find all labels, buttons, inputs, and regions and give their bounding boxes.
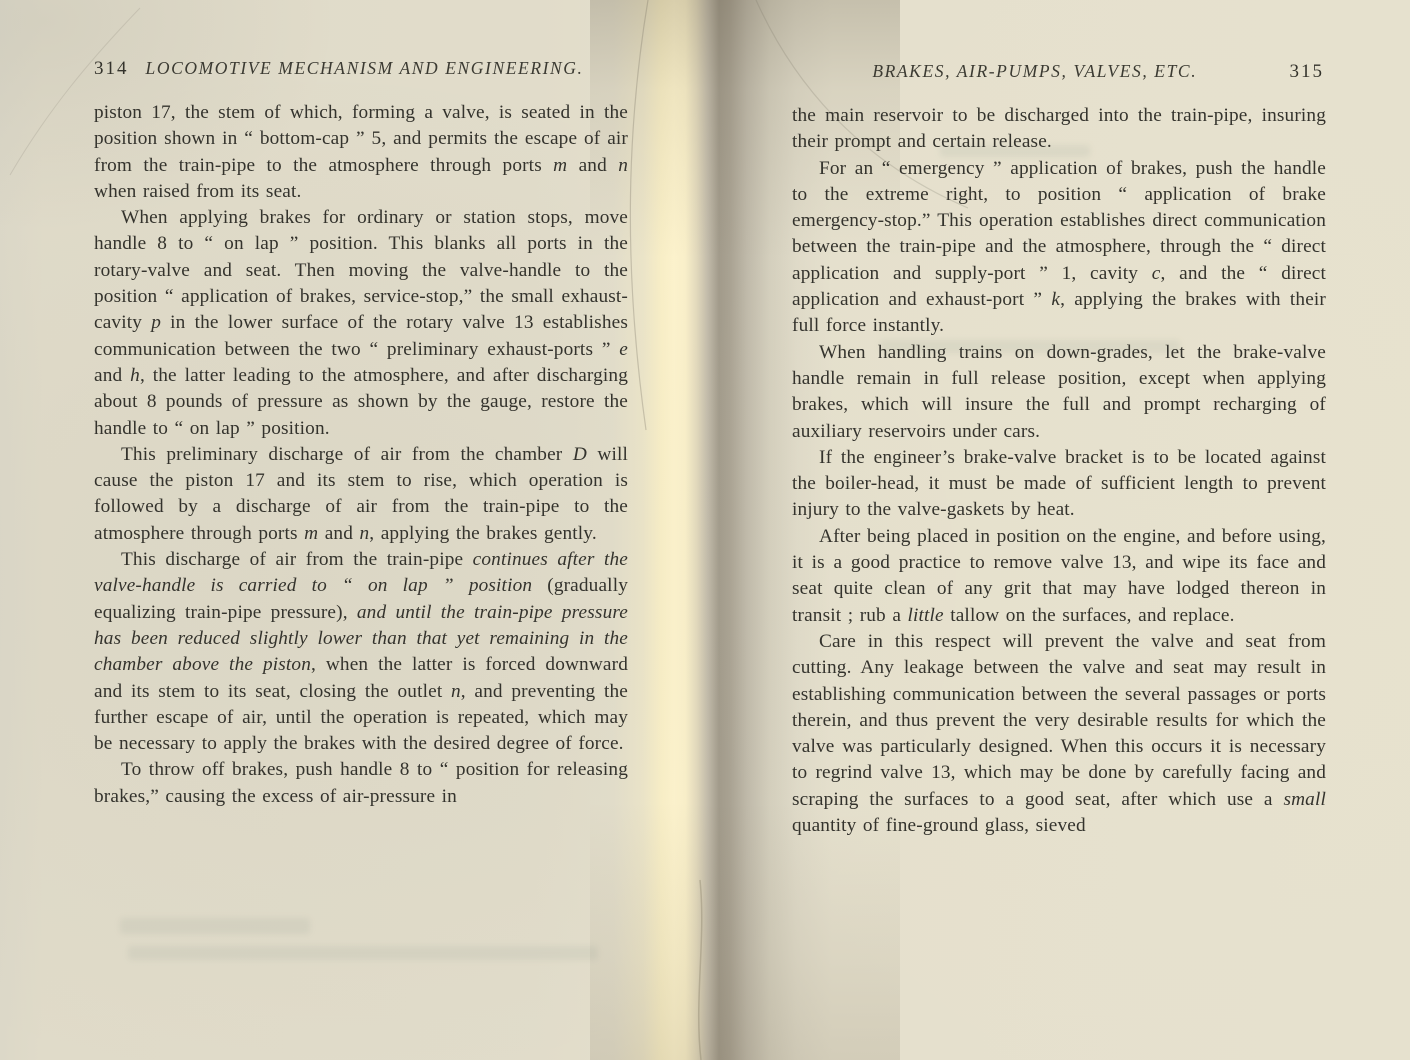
italic-text-segment: h [130, 365, 140, 386]
text-segment: Care in this respect will prevent the va… [792, 631, 1326, 810]
italic-text-segment: n [618, 155, 628, 176]
right-page-number: 315 [1290, 61, 1325, 83]
paragraph: For an “ emergency ” application of brak… [792, 156, 1326, 340]
paragraph: piston 17, the stem of which, forming a … [94, 100, 628, 205]
italic-text-segment: D [573, 444, 587, 465]
text-segment: and [94, 365, 130, 386]
italic-text-segment: small [1283, 789, 1326, 810]
paragraph: To throw off brakes, push handle 8 to “ … [94, 757, 628, 810]
text-segment: , applying the brakes gently. [369, 523, 597, 544]
text-segment: , the latter leading to the atmosphere, … [94, 365, 628, 439]
text-segment: quantity of fine-ground glass, sieved [792, 815, 1086, 836]
left-page-running-title: LOCOMOTIVE MECHANISM AND ENGINEERING. [146, 58, 584, 79]
paragraph: This discharge of air from the train-pip… [94, 547, 628, 757]
paragraph: If the engineer’s brake-valve bracket is… [792, 445, 1326, 524]
text-segment: when raised from its seat. [94, 181, 301, 202]
italic-text-segment: e [619, 339, 628, 360]
paragraph: When handling trains on down-grades, let… [792, 340, 1326, 445]
left-page-text: piston 17, the stem of which, forming a … [94, 100, 628, 810]
italic-text-segment: m [553, 155, 567, 176]
paragraph: When applying brakes for ordinary or sta… [94, 205, 628, 442]
paragraph: Care in this respect will prevent the va… [792, 629, 1326, 839]
italic-text-segment: little [908, 605, 944, 626]
text-segment: To throw off brakes, push handle 8 to “ … [94, 759, 628, 806]
right-page-text: the main reservoir to be discharged into… [792, 103, 1326, 839]
text-segment: This preliminary discharge of air from t… [121, 444, 573, 465]
text-segment: the main reservoir to be discharged into… [792, 105, 1326, 152]
right-page-running-title: BRAKES, AIR-PUMPS, VALVES, ETC. [792, 61, 1278, 82]
italic-text-segment: k [1051, 289, 1060, 310]
text-segment: piston 17, the stem of which, forming a … [94, 102, 628, 176]
text-segment: This discharge of air from the train-pip… [121, 549, 473, 570]
italic-text-segment: n [451, 681, 461, 702]
left-page-number: 314 [94, 58, 129, 80]
text-segment: and [567, 155, 618, 176]
text-segment: If the engineer’s brake-valve bracket is… [792, 447, 1326, 521]
paragraph: the main reservoir to be discharged into… [792, 103, 1326, 156]
left-page-header: 314 LOCOMOTIVE MECHANISM AND ENGINEERING… [94, 58, 626, 80]
paragraph: After being placed in position on the en… [792, 524, 1326, 629]
text-segment: in the lower surface of the rotary valve… [94, 312, 628, 359]
italic-text-segment: n [359, 523, 369, 544]
italic-text-segment: p [151, 312, 161, 333]
italic-text-segment: m [304, 523, 318, 544]
paragraph: This preliminary discharge of air from t… [94, 442, 628, 547]
text-segment: and [318, 523, 359, 544]
right-page-header: BRAKES, AIR-PUMPS, VALVES, ETC. 315 [792, 61, 1324, 83]
text-segment: When handling trains on down-grades, let… [792, 342, 1326, 442]
text-segment: tallow on the surfaces, and replace. [944, 605, 1235, 626]
